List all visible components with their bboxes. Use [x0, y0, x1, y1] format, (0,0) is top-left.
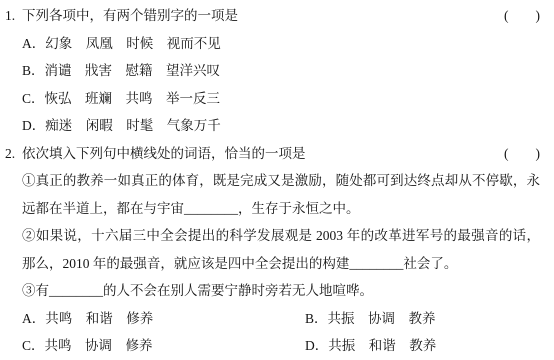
- question-2-clause-3: ③有________的人不会在别人需要宁静时旁若无人地喧哗。: [22, 277, 540, 305]
- question-2-stem-row: 2. 依次填入下列句中横线处的词语，恰当的一项是 ( ): [5, 140, 540, 168]
- question-1-stem-row: 1. 下列各项中，有两个错别字的一项是 ( ): [5, 2, 540, 30]
- question-1-option-b: B．消谴 戕害 慰籍 望洋兴叹: [22, 57, 540, 85]
- question-2-option-a: A．共鸣 和谐 修养: [22, 305, 305, 333]
- question-1-stem: 下列各项中，有两个错别字的一项是: [22, 2, 504, 30]
- question-1-answer-bracket: ( ): [504, 2, 540, 30]
- question-2-answer-bracket: ( ): [504, 140, 540, 168]
- question-1-option-a: A．幻象 凤凰 时候 视而不见: [22, 30, 540, 58]
- question-2-option-c: C．共鸣 协调 修养: [22, 332, 305, 360]
- question-2-options-row-1: A．共鸣 和谐 修养 B．共振 协调 教养: [22, 305, 540, 333]
- question-2-clause-2: ②如果说，十六届三中全会提出的科学发展观是 2003 年的改革进军号的最强音的话…: [22, 222, 540, 277]
- question-2-option-b: B．共振 协调 教养: [305, 305, 436, 333]
- question-1-number: 1.: [5, 2, 22, 30]
- question-2-option-d: D．共振 和谐 教养: [305, 332, 436, 360]
- question-1-option-c: C．恢弘 班斓 共鸣 举一反三: [22, 85, 540, 113]
- question-2-clause-1: ①真正的教养一如真正的体育，既是完成又是激励，随处都可到达终点却从不停歇，永远都…: [22, 167, 540, 222]
- question-2-options-row-2: C．共鸣 协调 修养 D．共振 和谐 教养: [22, 332, 540, 360]
- exam-worksheet-page: 1. 下列各项中，有两个错别字的一项是 ( ) A．幻象 凤凰 时候 视而不见 …: [0, 0, 554, 360]
- question-1-option-d: D．痴迷 闲暇 时髦 气象万千: [22, 112, 540, 140]
- question-2-stem: 依次填入下列句中横线处的词语，恰当的一项是: [22, 140, 504, 168]
- question-2-number: 2.: [5, 140, 22, 168]
